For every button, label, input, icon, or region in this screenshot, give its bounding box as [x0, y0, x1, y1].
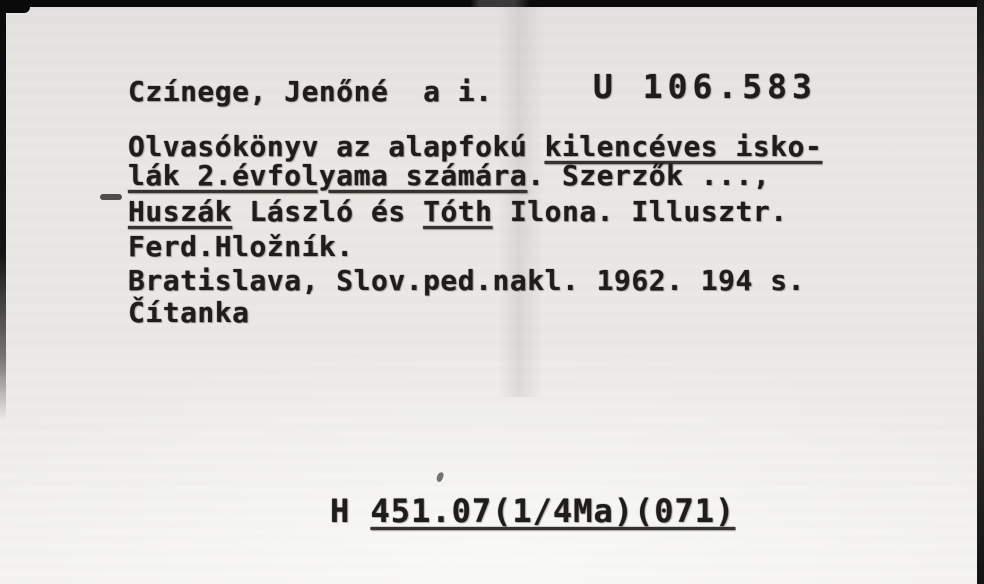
title-line-2: lák 2.évfolyama számára. Szerzők ...,	[128, 161, 770, 191]
accession-number: U 106.583	[593, 72, 817, 102]
ink-speck	[436, 471, 445, 482]
text-segment: Ferd.Hložník.	[128, 230, 354, 263]
text-segment: Čítanka	[128, 296, 250, 329]
illustrator-line: Ferd.Hložník.	[128, 232, 354, 262]
authors-line: Huszák László és Tóth Ilona. Illusztr.	[128, 197, 788, 227]
scan-edge-top	[0, 0, 984, 7]
call-number-value: 451.07(1/4Ma)(071)	[371, 492, 736, 530]
text-segment: László és	[232, 195, 423, 228]
text-segment: Bratislava, Slov.ped.nakl. 1962. 194 s.	[128, 264, 805, 297]
series-note-line: Čítanka	[128, 298, 250, 328]
title-line-1: Olvasókönyv az alapfokú kilencéves isko-	[128, 132, 822, 162]
scan-edge-left	[0, 0, 6, 420]
underlined-segment: lák 2.évfolyama számára	[128, 159, 527, 192]
text-segment: . Szerzők ...,	[527, 159, 770, 192]
imprint-line: Bratislava, Slov.ped.nakl. 1962. 194 s.	[128, 266, 805, 296]
text-segment: Ilona. Illusztr.	[493, 195, 788, 228]
call-number-prefix: H	[330, 492, 371, 530]
ink-smudge	[100, 194, 122, 200]
catalog-card-scan: Czínege, Jenőné a i. U 106.583 Olvasókön…	[0, 0, 984, 584]
underlined-segment: Huszák	[128, 195, 232, 228]
call-number: H 451.07(1/4Ma)(071)	[330, 496, 735, 526]
scan-edge-right	[977, 0, 984, 584]
author-heading: Czínege, Jenőné a i.	[128, 77, 493, 107]
underlined-segment: Tóth	[423, 195, 492, 228]
